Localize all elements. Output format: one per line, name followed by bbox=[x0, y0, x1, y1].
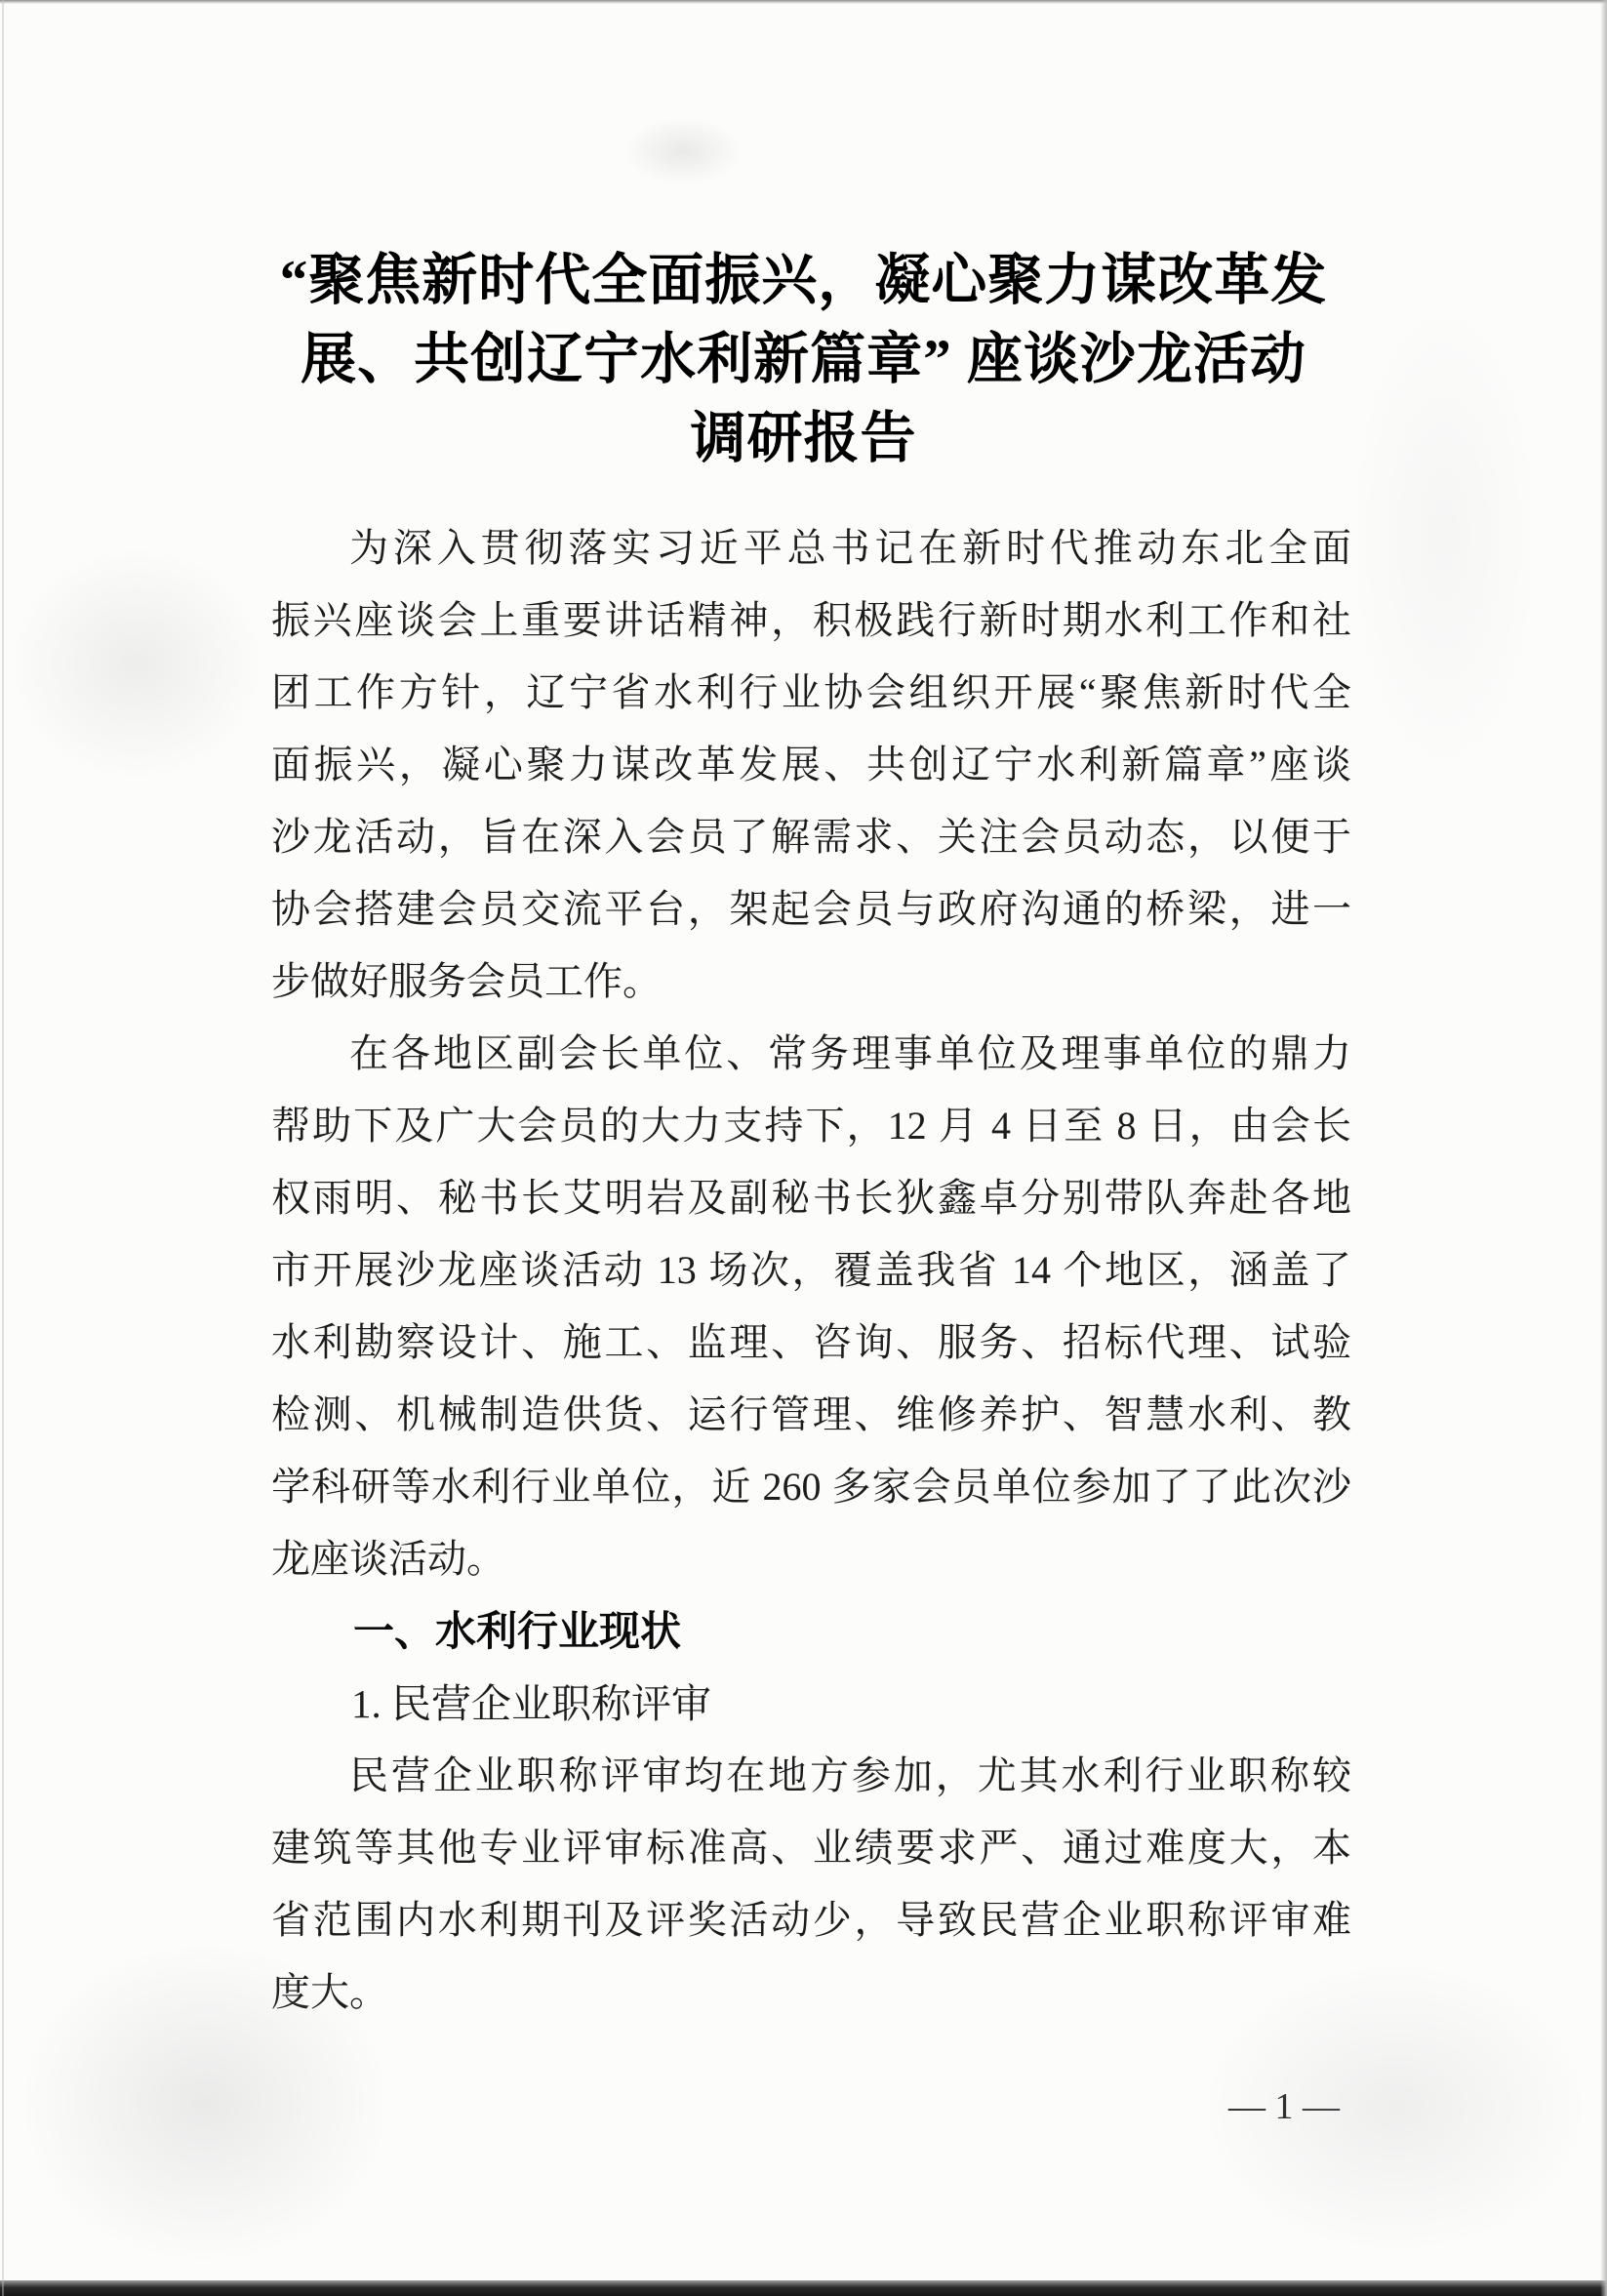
scan-edge-left bbox=[2, 0, 4, 2296]
paragraph-1: 为深入贯彻落实习近平总书记在新时代推动东北全面 振兴座谈会上重要讲话精神，积极践… bbox=[271, 512, 1351, 1018]
body-line: 度大。 bbox=[271, 1956, 1351, 2029]
body-line: 学科研等水利行业单位，近 260 多家会员单位参加了了此次沙 bbox=[271, 1451, 1351, 1523]
section-heading: 一、水利行业现状 bbox=[271, 1595, 1351, 1668]
title-line: 调研报告 bbox=[146, 399, 1461, 478]
body-line: 省范围内水利期刊及评奖活动少，导致民营企业职称评审难 bbox=[271, 1884, 1351, 1956]
body-line: 民营企业职称评审均在地方参加，尤其水利行业职称较 bbox=[271, 1740, 1351, 1812]
scan-edge-bottom bbox=[0, 2280, 1607, 2296]
body-line: 权雨明、秘书长艾明岩及副秘书长狄鑫卓分别带队奔赴各地 bbox=[271, 1162, 1351, 1234]
scan-edge-right bbox=[1600, 0, 1607, 2296]
body-line: 沙龙活动，旨在深入会员了解需求、关注会员动态，以便于 bbox=[271, 801, 1351, 873]
body-line: 检测、机械制造供货、运行管理、维修养护、智慧水利、教 bbox=[271, 1379, 1351, 1451]
paragraph-3: 民营企业职称评审均在地方参加，尤其水利行业职称较 建筑等其他专业评审标准高、业绩… bbox=[271, 1740, 1351, 2029]
body-line: 团工作方针，辽宁省水利行业协会组织开展“聚焦新时代全 bbox=[271, 657, 1351, 729]
body-line: 面振兴，凝心聚力谋改革发展、共创辽宁水利新篇章”座谈 bbox=[271, 729, 1351, 801]
body-line: 协会搭建会员交流平台，架起会员与政府沟通的桥梁，进一 bbox=[271, 873, 1351, 946]
subsection-heading: 1. 民营企业职称评审 bbox=[271, 1668, 1351, 1740]
scanned-document-page: “聚焦新时代全面振兴，凝心聚力谋改革发 展、共创辽宁水利新篇章” 座谈沙龙活动 … bbox=[0, 0, 1607, 2296]
title-line: “聚焦新时代全面振兴，凝心聚力谋改革发 bbox=[146, 241, 1461, 320]
page-number: — 1 — bbox=[271, 2082, 1351, 2131]
body-line: 市开展沙龙座谈活动 13 场次，覆盖我省 14 个地区，涵盖了 bbox=[271, 1234, 1351, 1307]
body-line: 在各地区副会长单位、常务理事单位及理事单位的鼎力 bbox=[271, 1018, 1351, 1090]
scan-noise-blob bbox=[624, 117, 742, 185]
paragraph-2: 在各地区副会长单位、常务理事单位及理事单位的鼎力 帮助下及广大会员的大力支持下，… bbox=[271, 1018, 1351, 1595]
body-line: 建筑等其他专业评审标准高、业绩要求严、通过难度大，本 bbox=[271, 1812, 1351, 1884]
body-line: 振兴座谈会上重要讲话精神，积极践行新时期水利工作和社 bbox=[271, 584, 1351, 657]
scan-edge-top bbox=[0, 0, 1607, 4]
title-line: 展、共创辽宁水利新篇章” 座谈沙龙活动 bbox=[146, 320, 1461, 399]
document-body: 为深入贯彻落实习近平总书记在新时代推动东北全面 振兴座谈会上重要讲话精神，积极践… bbox=[271, 512, 1351, 2131]
body-line: 为深入贯彻落实习近平总书记在新时代推动东北全面 bbox=[271, 512, 1351, 584]
body-line: 龙座谈活动。 bbox=[271, 1523, 1351, 1595]
body-line: 水利勘察设计、施工、监理、咨询、服务、招标代理、试验 bbox=[271, 1307, 1351, 1379]
scan-noise-blob bbox=[10, 546, 263, 781]
body-line: 帮助下及广大会员的大力支持下，12 月 4 日至 8 日，由会长 bbox=[271, 1090, 1351, 1162]
document-title: “聚焦新时代全面振兴，凝心聚力谋改革发 展、共创辽宁水利新篇章” 座谈沙龙活动 … bbox=[146, 241, 1461, 478]
body-line: 步做好服务会员工作。 bbox=[271, 946, 1351, 1018]
